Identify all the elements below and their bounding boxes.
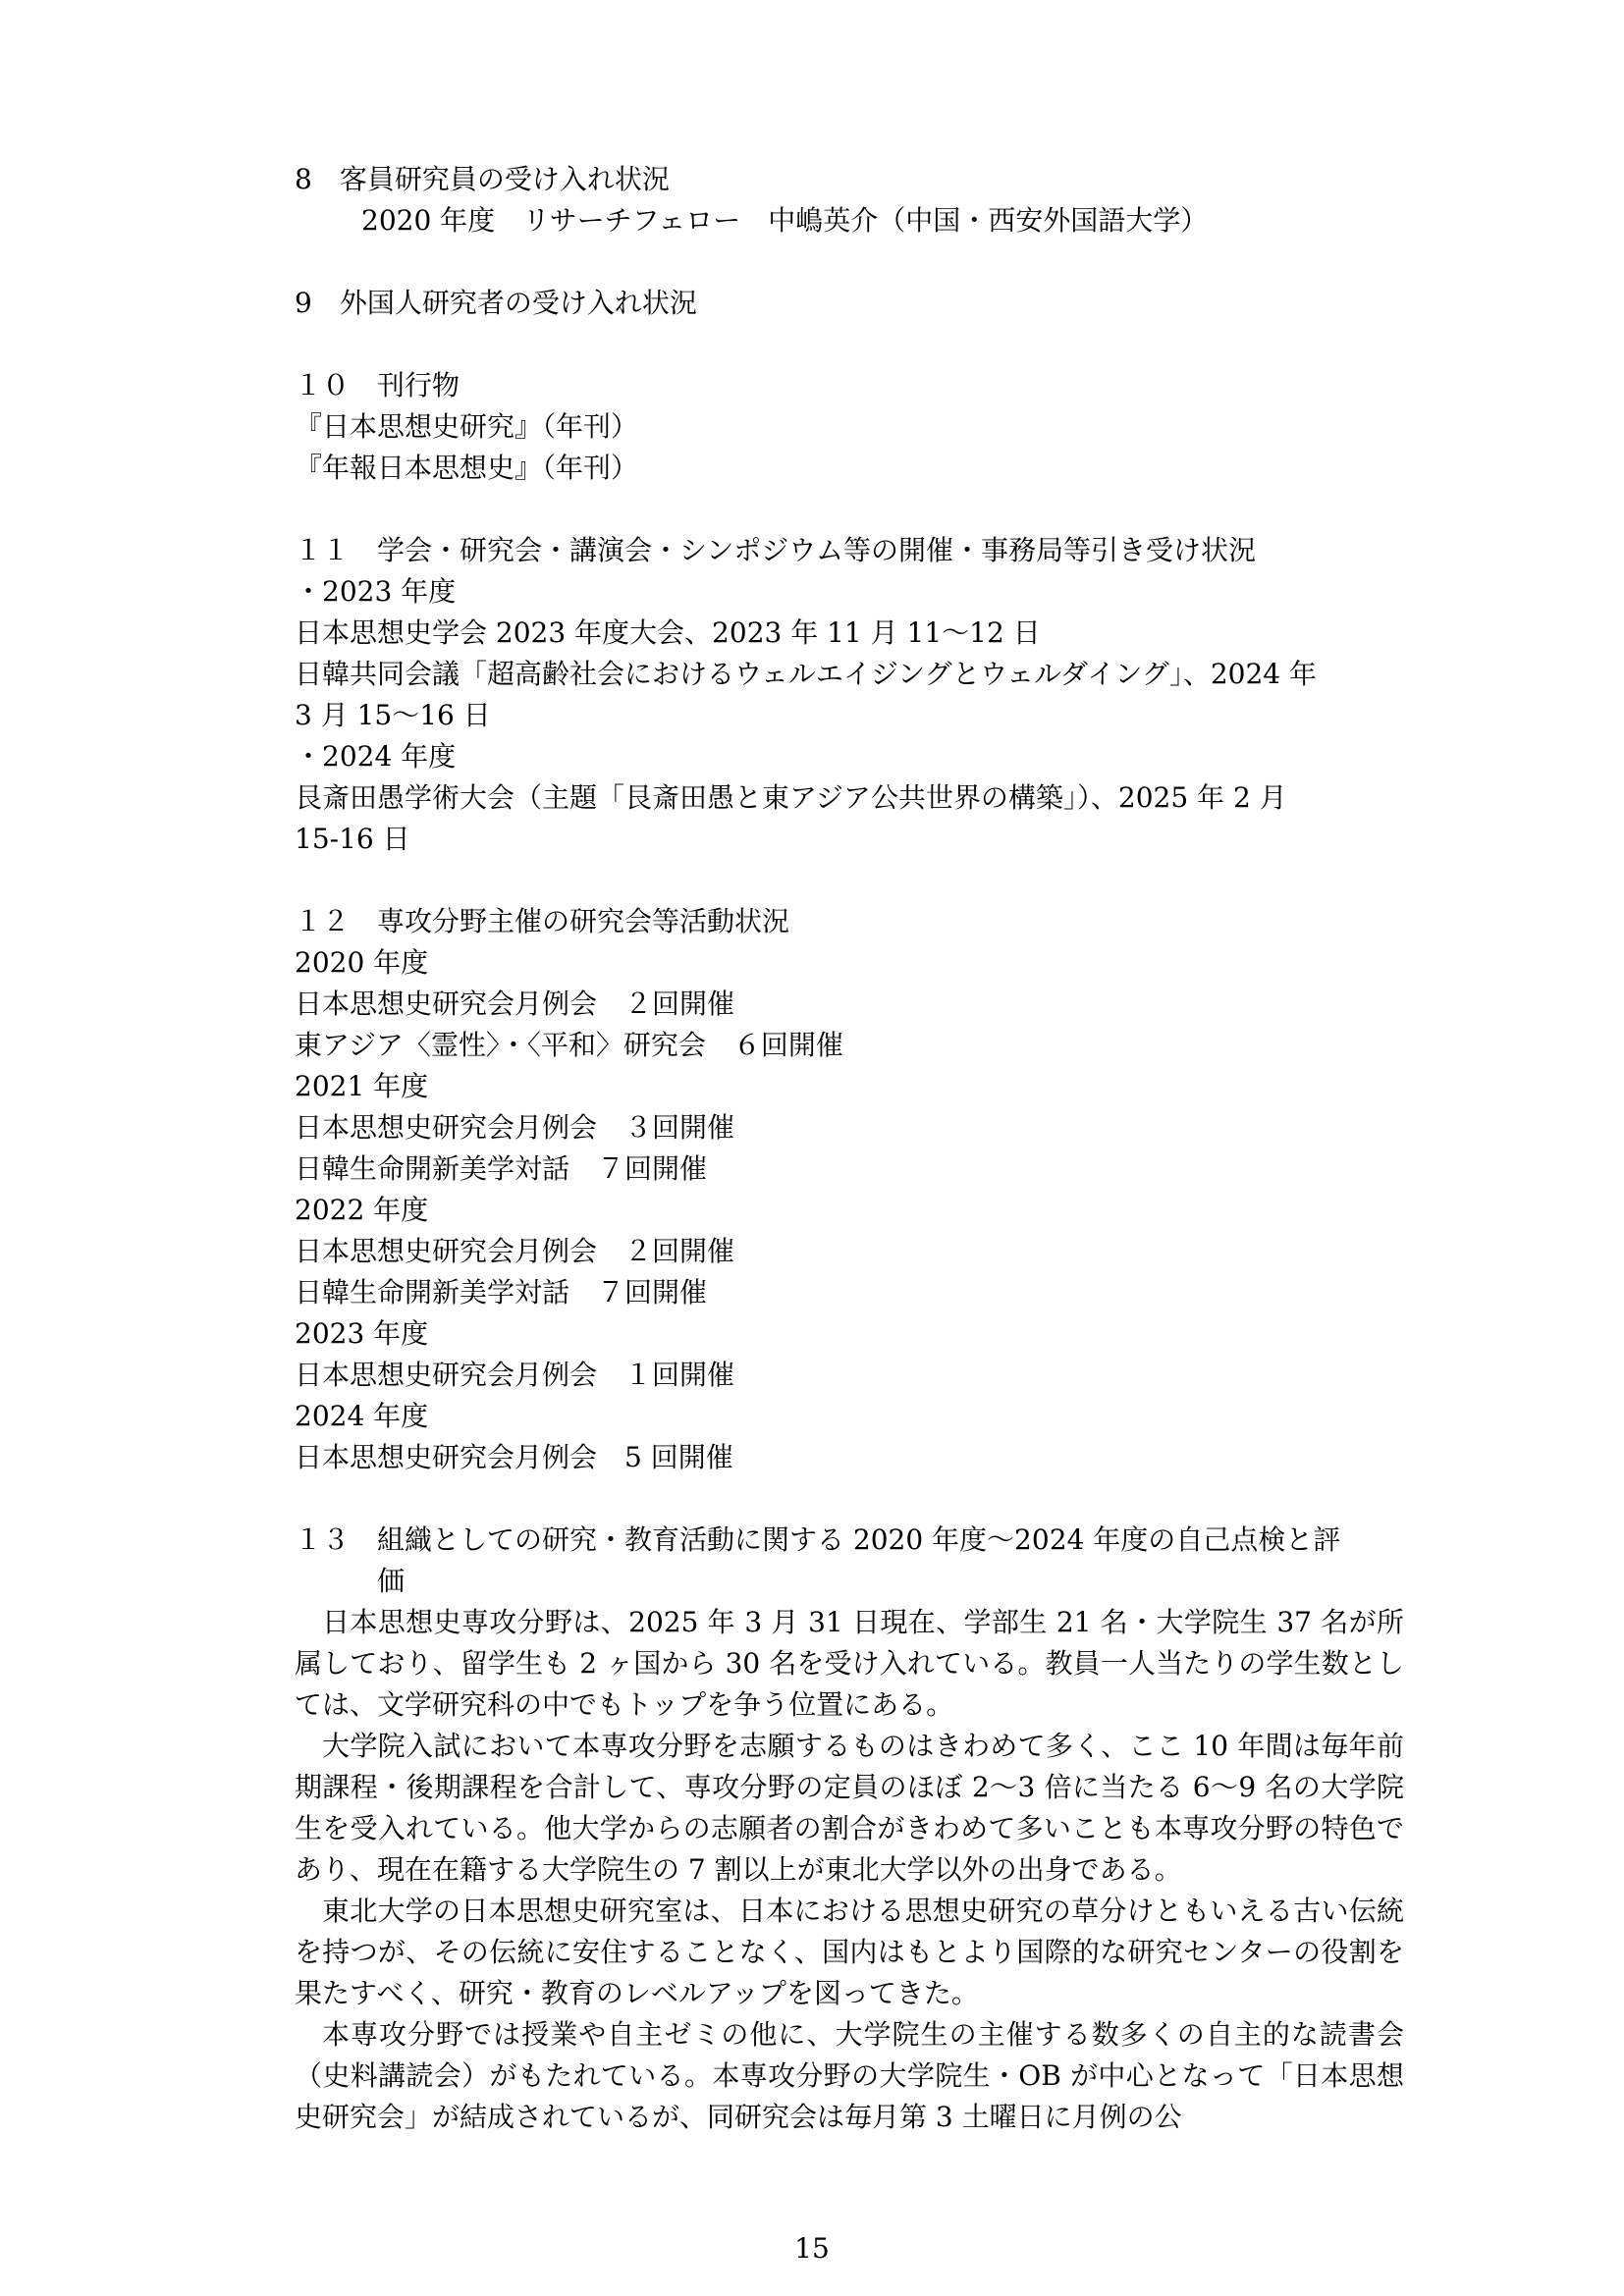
year-label: 2020 年度	[295, 942, 1404, 984]
page-number: 15	[0, 2228, 1624, 2269]
visiting-researcher-entry: 2020 年度 リサーチフェロー 中嶋英介（中国・西安外国語大学）	[295, 200, 1404, 241]
activity-item: 東アジア〈霊性〉・〈平和〉研究会 ６回開催	[295, 1025, 1404, 1066]
section-13-heading: １３ 組織としての研究・教育活動に関する 2020 年度～2024 年度の自己点…	[295, 1520, 1404, 1561]
activity-item: 日本思想史研究会月例会 １回開催	[295, 1355, 1404, 1396]
activity-item: 日本思想史研究会月例会 ２回開催	[295, 984, 1404, 1025]
section-8-heading: 8 客員研究員の受け入れ状況	[295, 159, 1404, 200]
activity-item: 日韓生命開新美学対話 ７回開催	[295, 1148, 1404, 1190]
event-item: 日韓共同会議「超高齢社会におけるウェルエイジングとウェルダイング」、2024 年	[295, 654, 1404, 695]
year-label: 2021 年度	[295, 1066, 1404, 1107]
year-label: 2022 年度	[295, 1190, 1404, 1231]
event-item-continued: 3 月 15～16 日	[295, 695, 1404, 736]
event-item-continued: 15-16 日	[295, 819, 1404, 860]
spacer	[295, 324, 1404, 365]
year-label: 2024 年度	[295, 1396, 1404, 1437]
event-item: 日本思想史学会 2023 年度大会、2023 年 11 月 11～12 日	[295, 613, 1404, 654]
spacer	[295, 489, 1404, 530]
activity-item: 日韓生命開新美学対話 ７回開催	[295, 1272, 1404, 1313]
document-page: 8 客員研究員の受け入れ状況 2020 年度 リサーチフェロー 中嶋英介（中国・…	[295, 159, 1404, 2138]
section-12-heading: １２ 専攻分野主催の研究会等活動状況	[295, 901, 1404, 942]
spacer	[295, 241, 1404, 283]
evaluation-paragraph: 日本思想史専攻分野は、2025 年 3 月 31 日現在、学部生 21 名・大学…	[295, 1602, 1404, 1726]
year-label: ・2024 年度	[295, 736, 1404, 777]
evaluation-paragraph: 本専攻分野では授業や自主ゼミの他に、大学院生の主催する数多くの自主的な読書会（史…	[295, 2014, 1404, 2138]
spacer	[295, 1478, 1404, 1520]
section-10-heading: １０ 刊行物	[295, 365, 1404, 406]
event-item: 艮斎田愚学術大会（主題「艮斎田愚と東アジア公共世界の構築」）、2025 年 2 …	[295, 777, 1404, 819]
year-label: ・2023 年度	[295, 571, 1404, 613]
section-9-heading: 9 外国人研究者の受け入れ状況	[295, 283, 1404, 324]
evaluation-paragraph: 大学院入試において本専攻分野を志願するものはきわめて多く、ここ 10 年間は毎年…	[295, 1726, 1404, 1891]
activity-item: 日本思想史研究会月例会 ２回開催	[295, 1231, 1404, 1272]
activity-item: 日本思想史研究会月例会 5 回開催	[295, 1437, 1404, 1478]
publication-item: 『日本思想史研究』（年刊）	[295, 406, 1404, 448]
section-13-heading-continued: 価	[295, 1561, 1404, 1602]
spacer	[295, 860, 1404, 901]
section-11-heading: １１ 学会・研究会・講演会・シンポジウム等の開催・事務局等引き受け状況	[295, 530, 1404, 571]
activity-item: 日本思想史研究会月例会 ３回開催	[295, 1107, 1404, 1148]
publication-item: 『年報日本思想史』（年刊）	[295, 448, 1404, 489]
year-label: 2023 年度	[295, 1313, 1404, 1355]
evaluation-paragraph: 東北大学の日本思想史研究室は、日本における思想史研究の草分けともいえる古い伝統を…	[295, 1891, 1404, 2014]
